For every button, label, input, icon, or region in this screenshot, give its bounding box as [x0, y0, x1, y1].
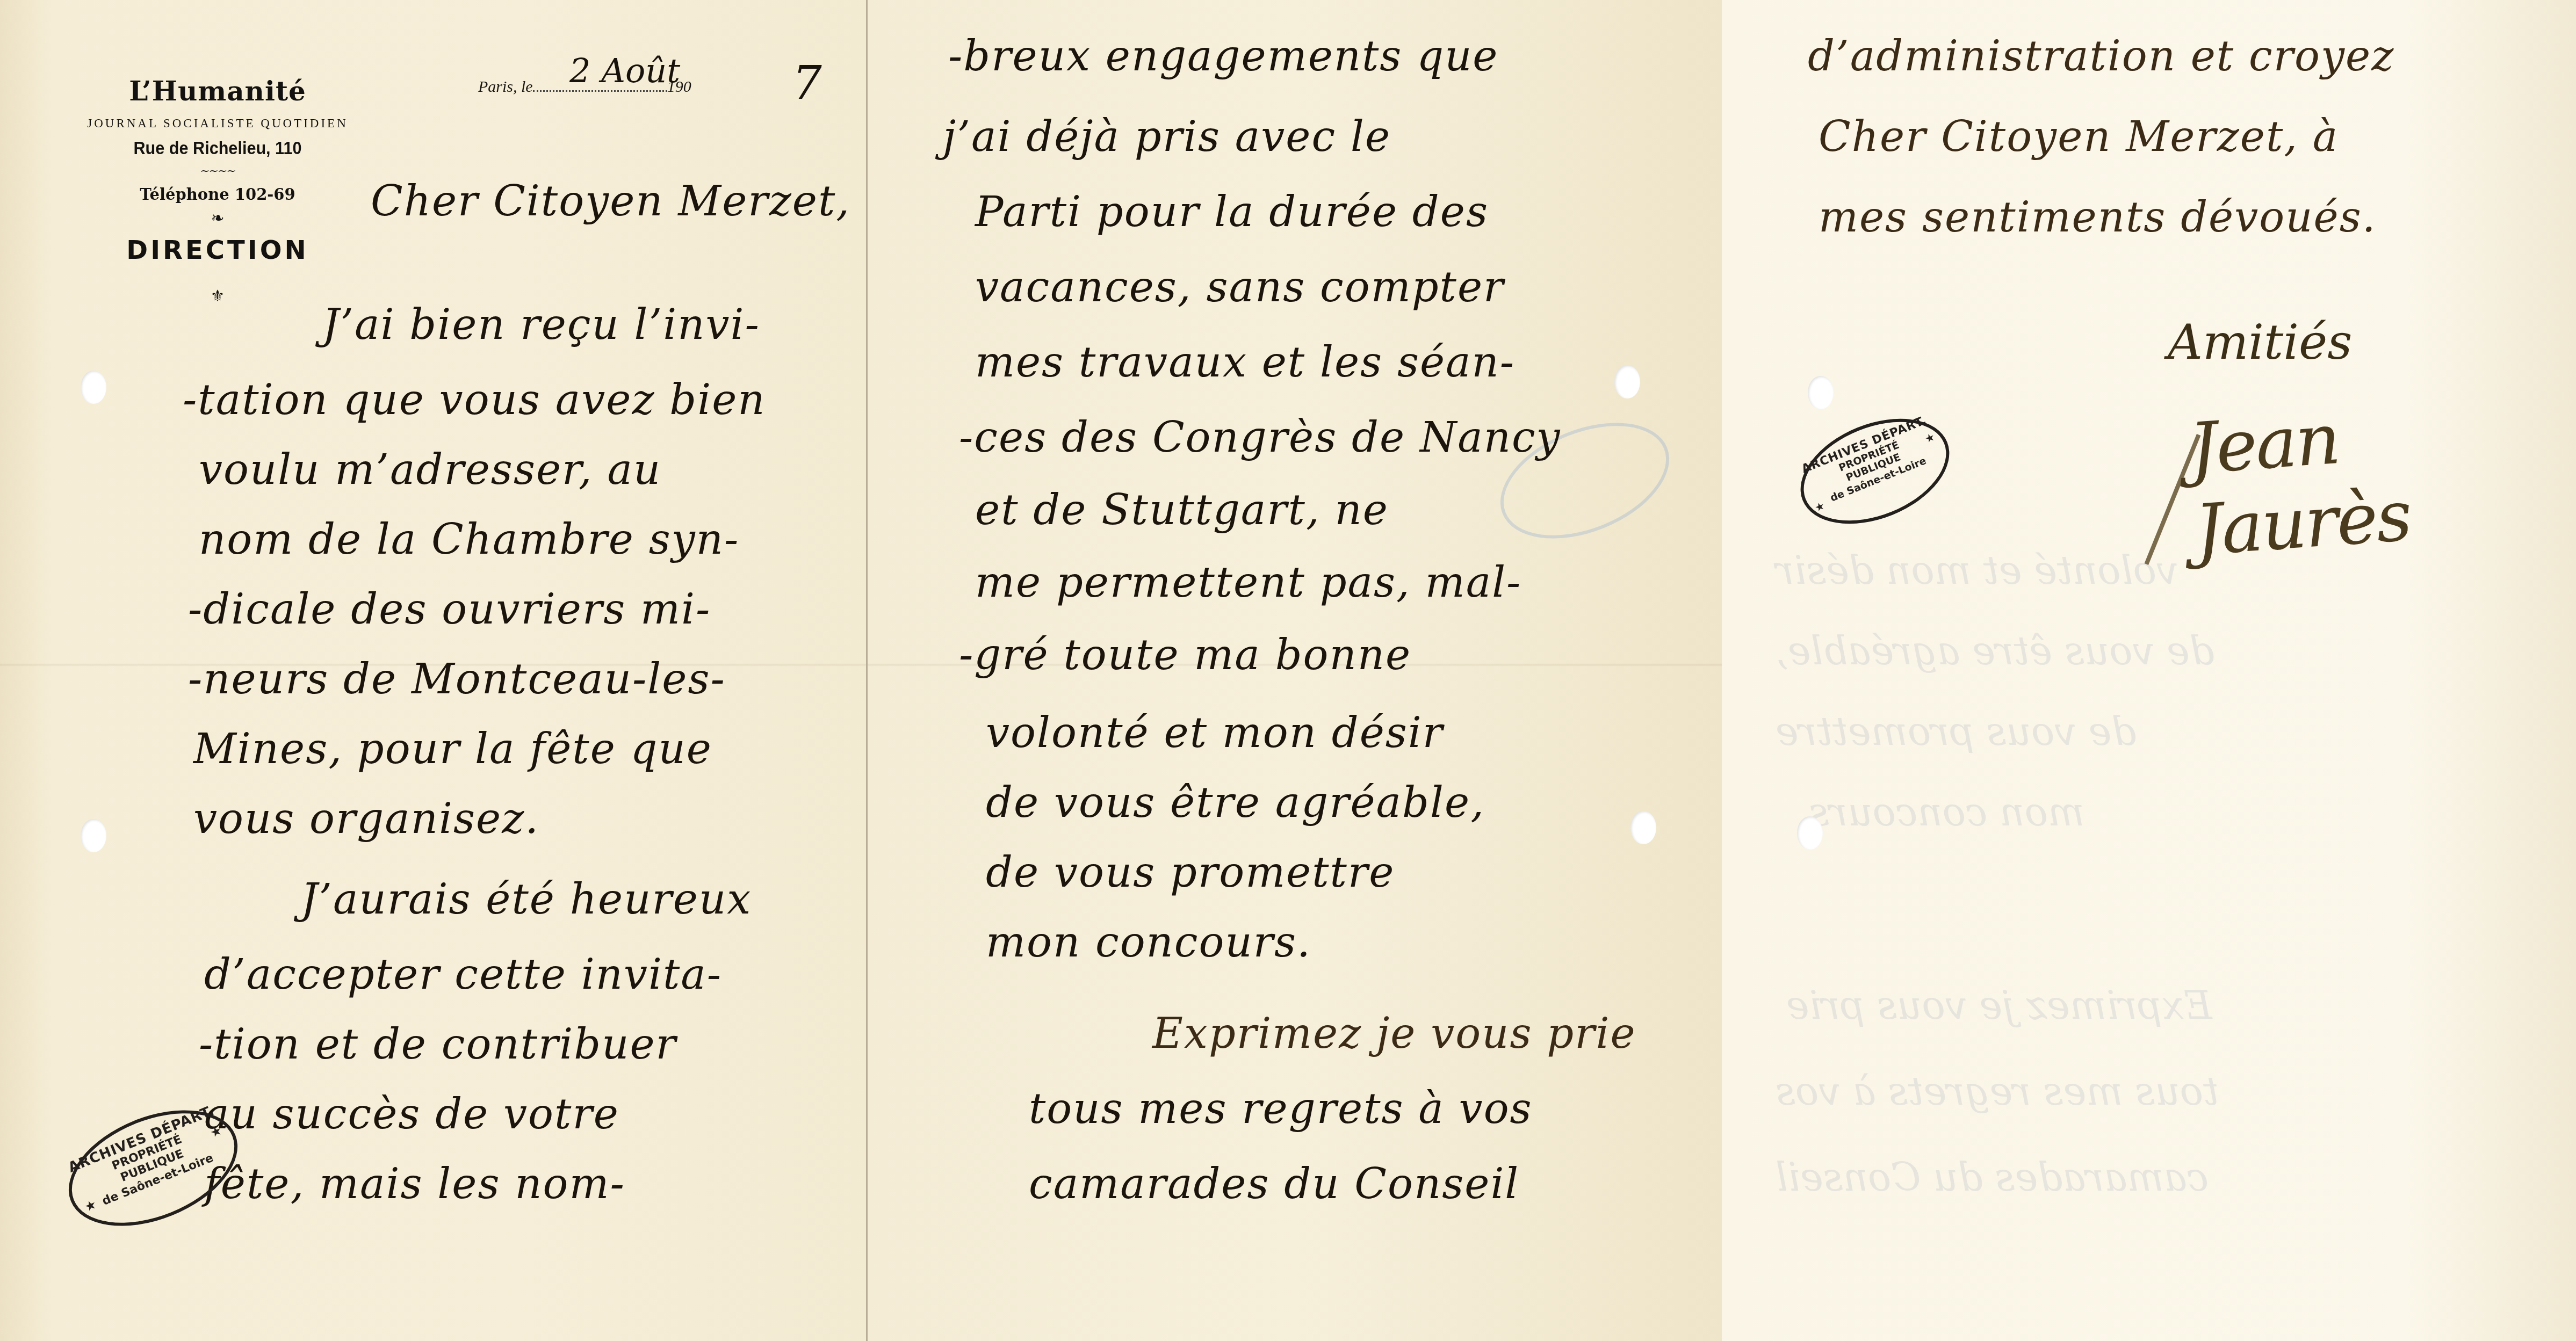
- wave-ornament-icon: ~~~~: [54, 164, 381, 178]
- handwritten-line: J’ai bien reçu l’invi-: [322, 301, 760, 349]
- show-through-text: Exprimez je vous prie: [1786, 983, 2212, 1028]
- handwritten-line: -dicale des ouvriers mi-: [188, 585, 711, 634]
- handwritten-line: fête, mais les nom-: [204, 1160, 625, 1208]
- handwritten-line: -breux engagements que: [948, 32, 1499, 81]
- handwritten-line: vous organisez.: [193, 795, 539, 843]
- handwritten-line: j’ai déjà pris avec le: [943, 113, 1391, 161]
- department-label: DIRECTION: [54, 235, 381, 265]
- handwritten-line: -ces des Congrès de Nancy: [959, 414, 1561, 462]
- handwritten-line: mes travaux et les séan-: [975, 338, 1515, 387]
- show-through-text: mon concours.: [1797, 789, 2084, 835]
- letter-page-1: L’Humanité JOURNAL SOCIALISTE QUOTIDIEN …: [0, 0, 866, 1341]
- dateline-prefix: Paris, le: [478, 78, 533, 96]
- closing-word: Amitiés: [2168, 314, 2353, 371]
- punch-hole: [1797, 816, 1823, 850]
- leaf-ornament-icon: ❧: [54, 209, 381, 228]
- handwritten-line: -neurs de Montceau-les-: [188, 655, 726, 704]
- handwritten-line: J’aurais été heureux: [301, 875, 752, 924]
- telephone-number: Téléphone 102-69: [54, 185, 381, 204]
- handwritten-line: -gré toute ma bonne: [959, 631, 1411, 679]
- show-through-text: volonté et mon désir: [1776, 548, 2178, 593]
- punch-hole: [1614, 365, 1640, 398]
- handwritten-line: nom de la Chambre syn-: [199, 516, 739, 564]
- letter-page-3: volonté et mon désir de vous être agréab…: [1722, 0, 2576, 1341]
- show-through-text: camarades du Conseil: [1776, 1155, 2209, 1200]
- show-through-text: tous mes regrets à vos: [1776, 1069, 2219, 1114]
- punch-hole: [1630, 811, 1656, 844]
- newspaper-address: Rue de Richelieu, 110: [70, 138, 365, 159]
- show-through-text: de vous être agréable,: [1776, 628, 2214, 673]
- letterhead: L’Humanité JOURNAL SOCIALISTE QUOTIDIEN …: [54, 75, 381, 306]
- handwritten-line: tous mes regrets à vos: [1029, 1085, 1533, 1133]
- archives-stamp: ARCHIVES DÉPART. PROPRIÉTÉ PUBLIQUE de S…: [1785, 398, 1965, 544]
- punch-hole: [81, 819, 106, 852]
- handwritten-line: de vous promettre: [986, 849, 1395, 897]
- handwritten-line: -tion et de contribuer: [199, 1020, 677, 1069]
- signature: Jean Jaurès: [2187, 381, 2576, 571]
- handwritten-date: 2 Août: [569, 51, 680, 90]
- handwritten-line: me permettent pas, mal-: [975, 559, 1521, 607]
- handwritten-line: et de Stuttgart, ne: [975, 486, 1389, 534]
- handwritten-line: Exprimez je vous prie: [1152, 1010, 1636, 1058]
- handwritten-line: Parti pour la durée des: [975, 188, 1489, 236]
- handwritten-line: -tation que vous avez bien: [183, 376, 766, 424]
- handwritten-line: mes sentiments dévoués.: [1819, 193, 2377, 242]
- show-through-text: de vous promettre: [1776, 709, 2136, 754]
- handwritten-line: volonté et mon désir: [986, 709, 1444, 757]
- handwritten-line: Cher Citoyen Merzet, à: [1819, 113, 2339, 161]
- salutation: Cher Citoyen Merzet,: [371, 177, 850, 226]
- handwritten-line: camarades du Conseil: [1029, 1160, 1519, 1208]
- newspaper-subtitle: JOURNAL SOCIALISTE QUOTIDIEN: [54, 117, 381, 131]
- handwritten-line: de vous être agréable,: [986, 779, 1485, 827]
- letter-page-2: -breux engagements que j’ai déjà pris av…: [866, 0, 1722, 1341]
- punch-hole: [81, 371, 106, 404]
- handwritten-line: vacances, sans compter: [975, 263, 1504, 311]
- punch-hole: [1808, 376, 1834, 409]
- handwritten-line: mon concours.: [986, 918, 1311, 967]
- handwritten-year-digit: 7: [792, 56, 822, 110]
- dateline-dotted-rule: [533, 90, 667, 92]
- handwritten-line: d’accepter cette invita-: [204, 951, 722, 999]
- handwritten-line: voulu m’adresser, au: [199, 446, 661, 494]
- handwritten-line: Mines, pour la fête que: [193, 725, 712, 773]
- newspaper-title: L’Humanité: [54, 75, 381, 107]
- handwritten-line: d’administration et croyez: [1808, 32, 2394, 81]
- handwritten-line: au succès de votre: [204, 1090, 619, 1139]
